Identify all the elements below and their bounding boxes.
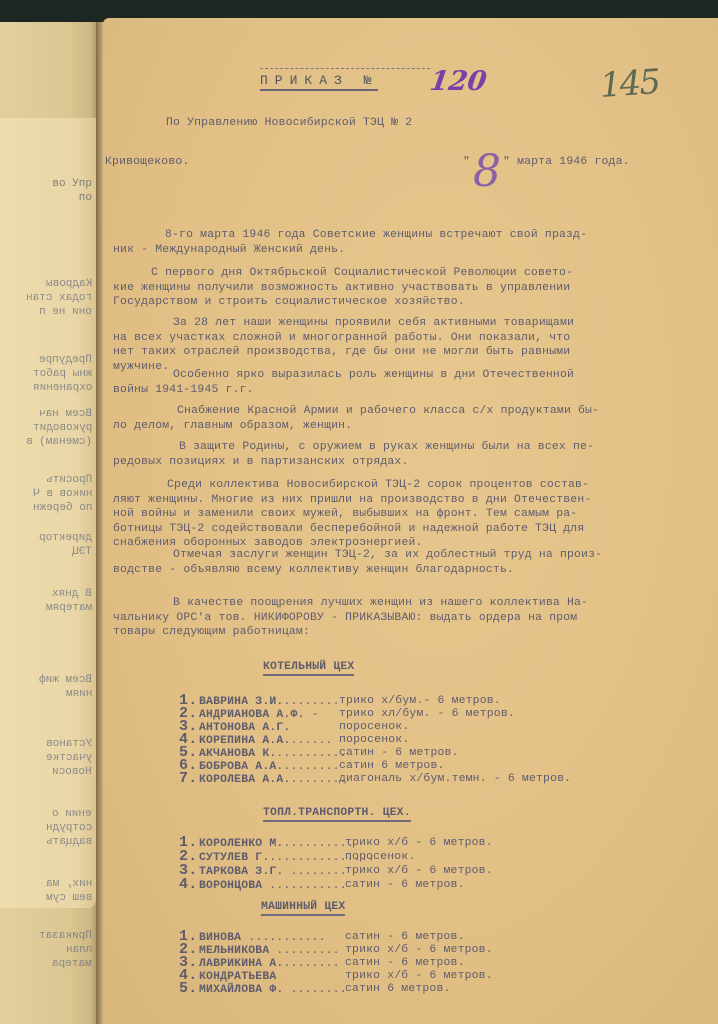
date-rest: " марта 1946 года. <box>503 155 630 169</box>
order-title-text: ПРИКАЗ № <box>260 73 378 91</box>
award-description: поросенок. <box>345 850 415 864</box>
paragraph-line: товары следующим работницам: <box>113 625 310 639</box>
title-overline <box>260 68 430 69</box>
paragraph-line: Снабжение Красной Армии и рабочего класс… <box>177 404 599 418</box>
date-month-year: марта 1946 года. <box>517 156 630 168</box>
left-page-text-line: ниям <box>66 688 92 701</box>
left-page-text-line: во Упр <box>52 178 92 191</box>
paragraph-line: Государством и строить социалистическое … <box>113 295 465 309</box>
section-heading: ТОПЛ.ТРАНСПОРТН. ЦЕХ. <box>263 806 411 820</box>
paragraph-line: на всех участках сложной и многогранной … <box>113 331 570 345</box>
paragraph-line: 8-го марта 1946 года Советские женщины в… <box>165 228 587 242</box>
paragraph-line: В защите Родины, с оружием в руках женщи… <box>179 440 594 454</box>
paragraph-line: водстве - объявляю всему коллективу женщ… <box>113 563 514 577</box>
worker-name: КОРОЛЕВА А.А. <box>199 774 290 786</box>
award-description: сатин 6 метров. <box>339 759 445 773</box>
section-heading-text: ТОПЛ.ТРАНСПОРТН. ЦЕХ. <box>263 807 411 822</box>
award-description: трико х/б - 6 метров. <box>345 864 493 878</box>
paragraph-line: Особенно ярко выразилась роль женщины в … <box>173 368 574 382</box>
award-description: трико х/бум.- 6 метров. <box>339 694 501 708</box>
left-page-text-line: ников в Ч <box>33 488 92 501</box>
left-page-text-line: Кадровы <box>46 278 92 291</box>
left-page-text-line: сотрудн <box>46 822 92 835</box>
left-page-text-line: годах стан <box>26 292 92 305</box>
section-heading-text: КОТЕЛЬНЫЙ ЦЕХ <box>263 661 354 676</box>
item-number: 7. <box>179 772 199 786</box>
paragraph-line: За 28 лет наши женщины проявили себя акт… <box>173 316 574 330</box>
left-page-text-line: жны работ <box>33 368 92 381</box>
left-page-text-line: матера <box>52 958 92 971</box>
award-list-item: 4.ВОРОНЦОВА ...........сатин - 6 метров. <box>179 878 347 893</box>
award-list-item: 1.КОРОЛЕНКО М...........трико х/б - 6 ме… <box>179 836 354 851</box>
award-description: сатин 6 метров. <box>345 982 451 996</box>
worker-name: СУТУЛЕВ Г. <box>199 852 269 864</box>
paragraph-line: ной войны и заменили своих мужей, выбывш… <box>113 507 577 521</box>
worker-name: ТАРКОВА З.Г. <box>199 866 283 878</box>
item-number: 4. <box>179 878 199 892</box>
award-list-item: 7.КОРОЛЕВА А.А.........диагональ х/бум.т… <box>179 772 347 787</box>
left-page-text-line: директор <box>39 532 92 545</box>
left-page-text-line: охранения <box>33 382 92 395</box>
award-description: сатин - 6 метров. <box>345 930 465 944</box>
left-page-text-line: Новоси <box>52 766 92 779</box>
place-name: Кривощеково. <box>105 155 189 169</box>
order-document: ПРИКАЗ № 120 145 По Управлению Новосибир… <box>103 18 718 1024</box>
left-page-text-line: руководит <box>33 422 92 435</box>
paragraph-line: С первого дня Октябрьской Социалистическ… <box>151 266 573 280</box>
section-heading: МАШИННЫЙ ЦЕХ <box>261 900 345 914</box>
award-description: трико хл/бум. - 6 метров. <box>339 707 515 721</box>
paragraph-line: войны 1941-1945 г.г. <box>113 383 254 397</box>
paragraph-line: В качестве поощрения лучших женщин из на… <box>173 596 588 610</box>
paragraph-line: ник - Международный Женский день. <box>113 243 345 257</box>
date-quote-open: " <box>463 155 470 169</box>
worker-name: МИХАЙЛОВА Ф. <box>199 984 283 996</box>
award-list-item: 3.ТАРКОВА З.Г. ........трико х/б - 6 мет… <box>179 864 347 879</box>
award-description: сатин - 6 метров. <box>345 878 465 892</box>
award-description: трико х/б - 6 метров. <box>345 969 493 983</box>
award-list-item: 5.МИХАЙЛОВА Ф. ........сатин 6 метров. <box>179 982 347 997</box>
paragraph-line: мужчине. <box>113 360 169 374</box>
left-page-text-line: матерям <box>46 602 92 615</box>
left-page-text-line: Всем жиф <box>39 674 92 687</box>
left-page-text-line: план <box>66 944 92 957</box>
order-title: ПРИКАЗ № <box>260 74 378 89</box>
left-inset-sheet: во УпрпоКадровыгодах станони не пПредупр… <box>0 118 98 908</box>
paragraph-line: ботницы ТЭЦ-2 содействовали бесперебойно… <box>113 522 584 536</box>
left-page-text-line: (сменам) в <box>26 436 92 449</box>
award-description: трико х/б - 6 метров. <box>345 943 493 957</box>
section-heading-text: МАШИННЫЙ ЦЕХ <box>261 901 345 916</box>
award-list-item: 2.СУТУЛЕВ Г................поросенок. <box>179 850 375 865</box>
award-description: поросенок. <box>339 733 409 747</box>
award-description: поросенок. <box>339 720 409 734</box>
paragraph-line: редовых позициях и в партизанских отряда… <box>113 455 409 469</box>
worker-name: КОРОЛЕНКО М. <box>199 838 283 850</box>
paragraph-line: Среди коллектива Новосибирской ТЭЦ-2 сор… <box>167 478 589 492</box>
left-page-text-line: ТЭЦ <box>72 546 92 559</box>
left-page-text-line: участке <box>46 752 92 765</box>
paragraph-line: ло делом, главным образом, женщин. <box>113 419 352 433</box>
paragraph-line: Отмечая заслуги женщин ТЭЦ-2, за их добл… <box>173 548 602 562</box>
left-page-text-line: Приказат <box>39 930 92 943</box>
left-page-text-line: ении о <box>52 808 92 821</box>
paragraph-line: ляют женщины. Многие из них пришли на пр… <box>113 493 591 507</box>
left-page-text-line: веш сум <box>46 892 92 905</box>
date-day-handwritten: 8 <box>473 146 501 197</box>
leader-dots: ........... <box>262 880 346 892</box>
left-page-text-line: них, ма <box>46 878 92 891</box>
order-number-handwritten: 120 <box>428 66 489 97</box>
left-page-text-line: по <box>79 192 92 205</box>
left-page-text-line: Всем нач <box>39 408 92 421</box>
left-page-text-line: вадцать <box>46 836 92 849</box>
paragraph-line: нет таких отраслей производства, где бы … <box>113 345 570 359</box>
award-description: диагональ х/бум.темн. - 6 метров. <box>339 772 571 786</box>
leader-dots: .......... <box>283 838 353 850</box>
left-page-text-line: Предупре <box>39 354 92 367</box>
left-page-text-line: В днях <box>52 588 92 601</box>
award-description: сатин - 6 метров. <box>345 956 465 970</box>
order-subtitle: По Управлению Новосибирской ТЭЦ № 2 <box>166 116 412 130</box>
left-page-text-line: Просить <box>46 474 92 487</box>
left-page-text-line: Установ <box>46 738 92 751</box>
item-number: 5. <box>179 982 199 996</box>
left-page-text-line: по бережн <box>33 502 92 515</box>
section-heading: КОТЕЛЬНЫЙ ЦЕХ <box>263 660 354 674</box>
leader-dots: - <box>305 709 319 721</box>
leader-dots: ........ <box>283 866 346 878</box>
paragraph-line: кие женщины получили возможность активно… <box>113 281 570 295</box>
leader-dots: ........ <box>283 984 346 996</box>
document-page: ПРИКАЗ № 120 145 По Управлению Новосибир… <box>103 18 718 1024</box>
leader-dots: ........ <box>283 958 339 970</box>
left-page-text-line: они не п <box>39 306 92 319</box>
worker-name: ВОРОНЦОВА <box>199 880 262 892</box>
award-description: сатин - 6 метров. <box>339 746 459 760</box>
award-description: трико х/б - 6 метров. <box>345 836 493 850</box>
paragraph-line: чальнику ОРС'а тов. НИКИФОРОВУ - ПРИКАЗЫ… <box>113 611 577 625</box>
sheet-number-handwritten: 145 <box>599 62 661 106</box>
